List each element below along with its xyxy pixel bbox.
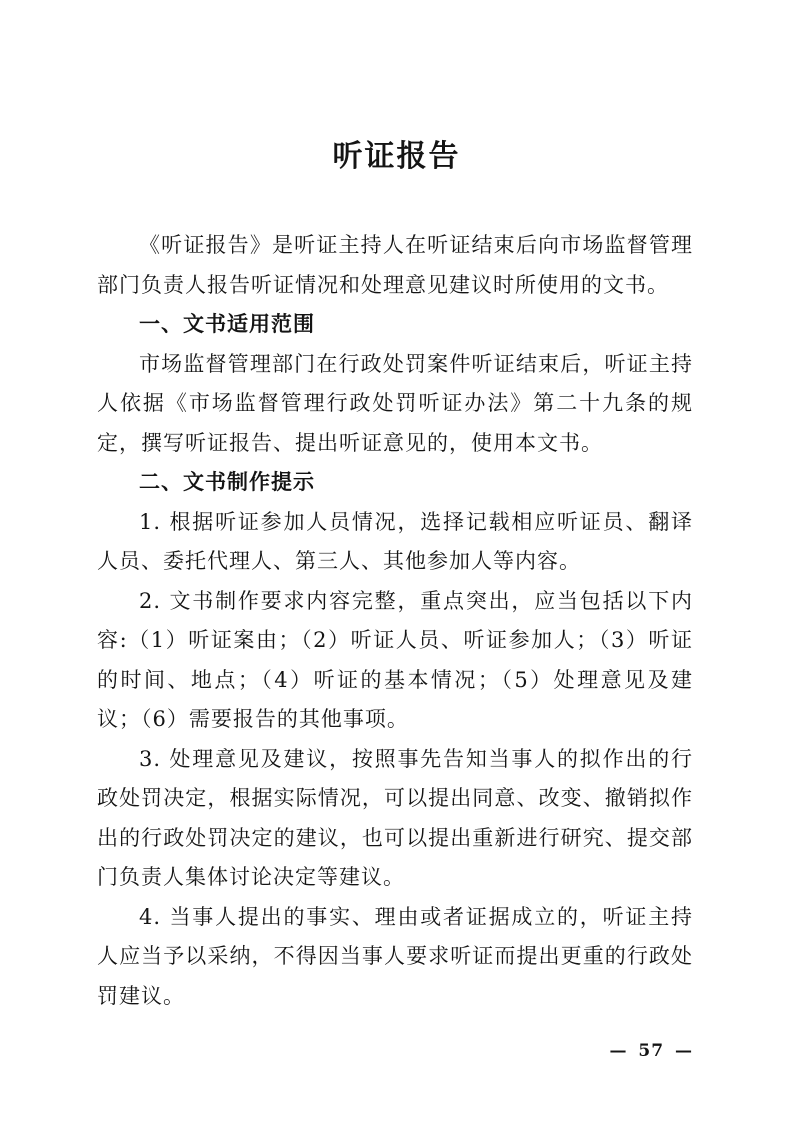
section-2-heading: 二、文书制作提示: [97, 463, 693, 503]
page-number: — 57 —: [610, 1041, 694, 1061]
section-2-item-4: 4. 当事人提出的事实、理由或者证据成立的，听证主持人应当予以采纳，不得因当事人…: [97, 898, 693, 1017]
section-1-paragraph: 市场监督管理部门在行政处罚案件听证结束后，听证主持人依据《市场监督管理行政处罚听…: [97, 345, 693, 464]
section-2-item-1: 1. 根据听证参加人员情况，选择记载相应听证员、翻译人员、委托代理人、第三人、其…: [97, 503, 693, 582]
section-2-item-2: 2. 文书制作要求内容完整，重点突出，应当包括以下内容:（1）听证案由；（2）听…: [97, 582, 693, 740]
document-title: 听证报告: [0, 140, 793, 174]
intro-paragraph: 《听证报告》是听证主持人在听证结束后向市场监督管理部门负责人报告听证情况和处理意…: [97, 226, 693, 305]
section-1-heading: 一、文书适用范围: [97, 305, 693, 345]
section-2-item-3: 3. 处理意见及建议，按照事先告知当事人的拟作出的行政处罚决定，根据实际情况，可…: [97, 740, 693, 898]
document-page: 听证报告 《听证报告》是听证主持人在听证结束后向市场监督管理部门负责人报告听证情…: [0, 0, 793, 1122]
document-body: 《听证报告》是听证主持人在听证结束后向市场监督管理部门负责人报告听证情况和处理意…: [97, 226, 693, 1016]
